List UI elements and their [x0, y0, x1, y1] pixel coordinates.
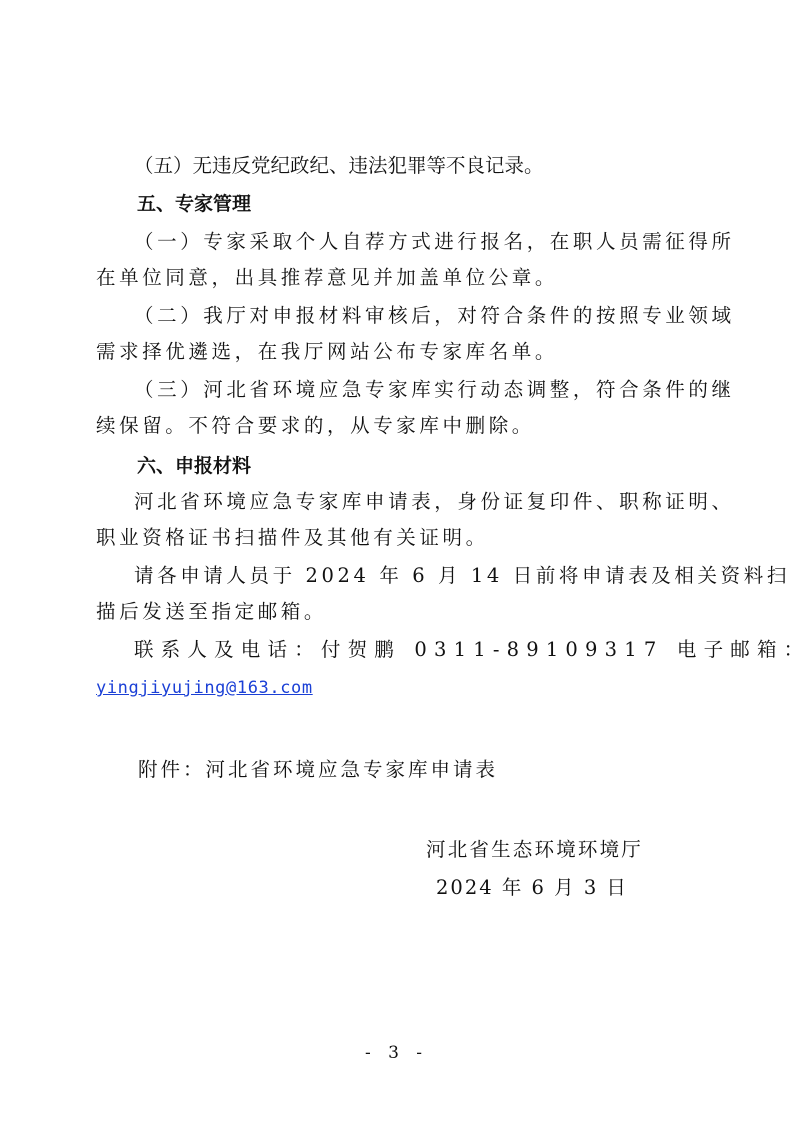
email-link[interactable]: yingjiyujing@163.com: [96, 674, 313, 702]
paragraph-management-1-line1: （一）专家采取个人自荐方式进行报名，在职人员需征得所: [134, 228, 735, 256]
paragraph-management-3-line1: （三）河北省环境应急专家库实行动态调整，符合条件的继: [134, 376, 735, 404]
signature-date: 2024 年 6 月 3 日: [436, 874, 628, 902]
page-number: - 3 -: [0, 1043, 793, 1063]
section-heading-expert-management: 五、专家管理: [137, 190, 251, 218]
paragraph-deadline-line2: 描后发送至指定邮箱。: [96, 598, 327, 626]
paragraph-materials-line1: 河北省环境应急专家库申请表，身份证复印件、职称证明、: [134, 488, 735, 516]
attachment-note: 附件：河北省环境应急专家库申请表: [138, 756, 498, 784]
paragraph-management-2-line2: 需求择优遴选，在我厅网站公布专家库名单。: [96, 338, 558, 366]
paragraph-materials-line2: 职业资格证书扫描件及其他有关证明。: [96, 524, 489, 552]
paragraph-deadline-line1: 请各申请人员于 2024 年 6 月 14 日前将申请表及相关资料扫: [134, 562, 790, 590]
paragraph-management-3-line2: 续保留。不符合要求的，从专家库中删除。: [96, 412, 535, 440]
signature-organization: 河北省生态环境环境厅: [426, 836, 643, 864]
section-heading-application-materials: 六、申报材料: [137, 452, 251, 480]
paragraph-management-2-line1: （二）我厅对申报材料审核后，对符合条件的按照专业领域: [134, 302, 735, 330]
paragraph-management-1-line2: 在单位同意，出具推荐意见并加盖单位公章。: [96, 264, 558, 292]
contact-line: 联系人及电话：付贺鹏 0311-89109317 电子邮箱：: [134, 636, 793, 664]
paragraph-requirement-5: （五）无违反党纪政纪、违法犯罪等不良记录。: [134, 152, 544, 180]
